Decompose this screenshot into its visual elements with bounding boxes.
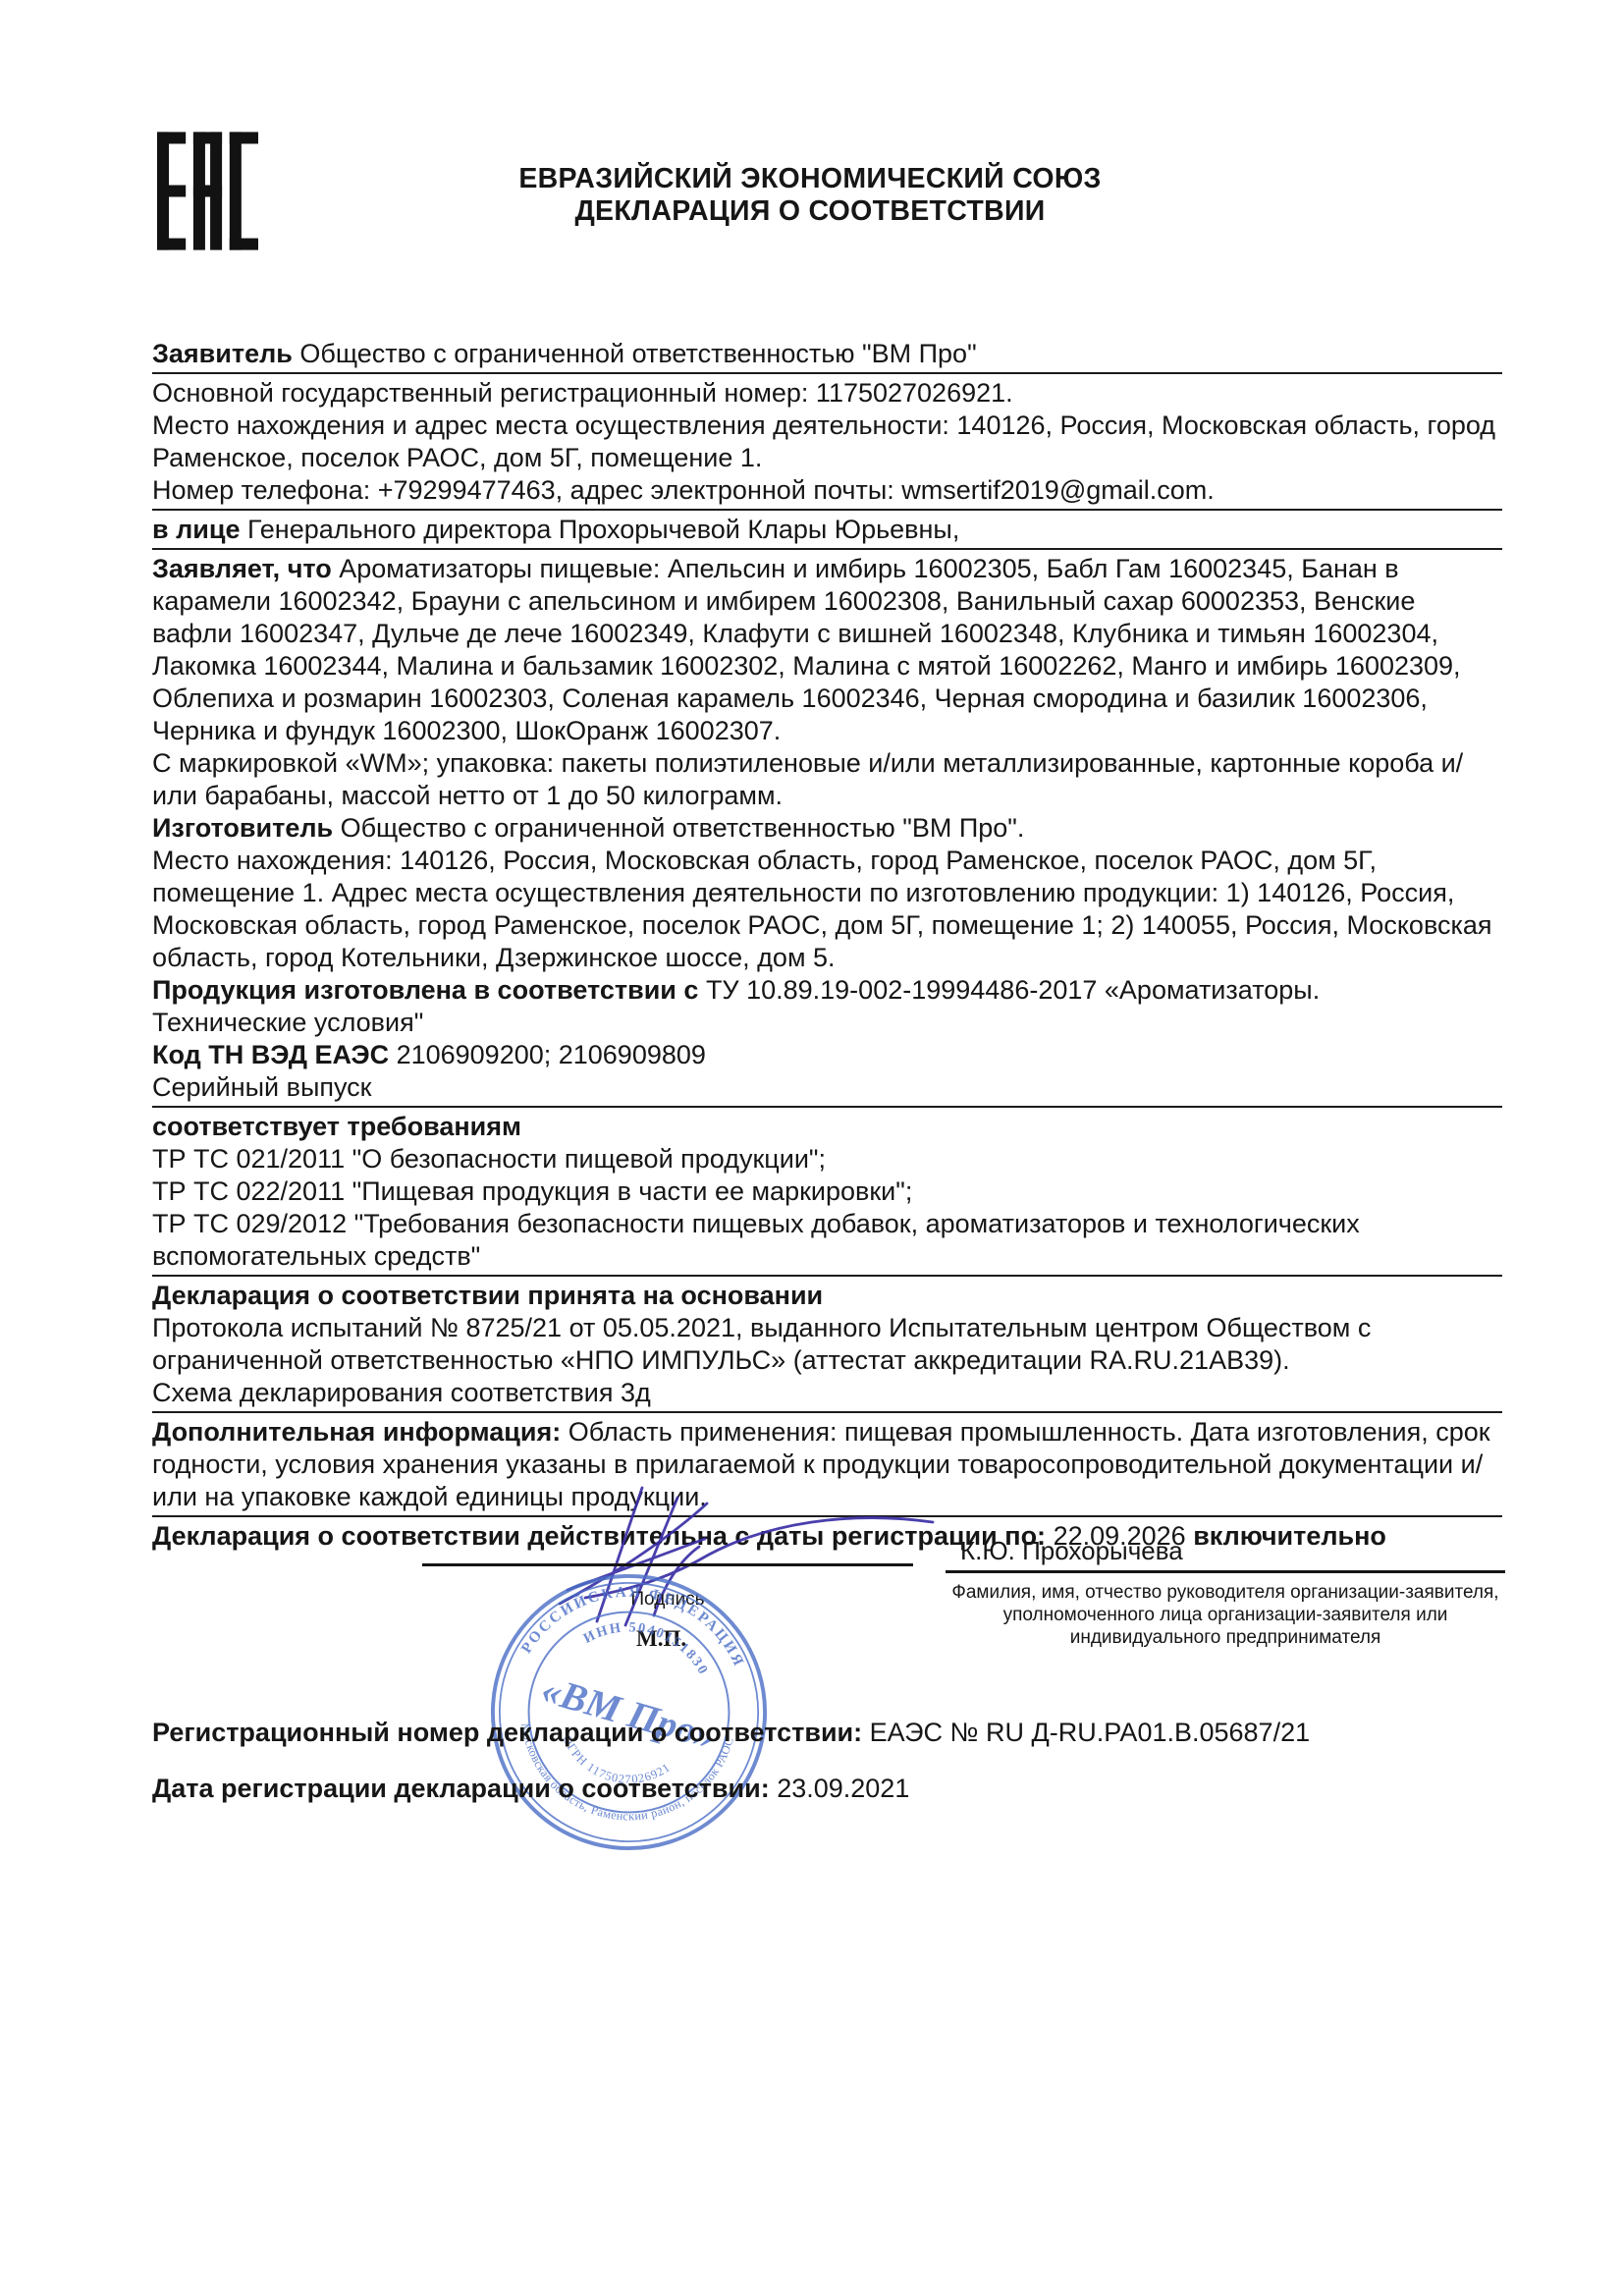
doc-paragraph: Декларация о соответствии принята на осн… — [152, 1280, 1502, 1312]
doc-paragraph: Серийный выпуск — [152, 1071, 1502, 1108]
doc-paragraph: Заявитель Общество с ограниченной ответс… — [152, 338, 1502, 374]
doc-paragraph: ТР ТС 029/2012 "Требования безопасности … — [152, 1208, 1502, 1277]
document-title: ЕВРАЗИЙСКИЙ ЭКОНОМИЧЕСКИЙ СОЮЗ ДЕКЛАРАЦИ… — [324, 163, 1296, 228]
doc-paragraph: в лице Генерального директора Прохорычев… — [152, 514, 1502, 550]
doc-paragraph: ТР ТС 021/2011 "О безопасности пищевой п… — [152, 1143, 1502, 1175]
doc-paragraph: соответствует требованиям — [152, 1111, 1502, 1143]
company-stamp: РОССИЙСКАЯ ФЕДЕРАЦИЯ Московская область,… — [478, 1561, 779, 1862]
title-line-union: ЕВРАЗИЙСКИЙ ЭКОНОМИЧЕСКИЙ СОЮЗ — [324, 163, 1296, 195]
eac-mark-icon — [157, 132, 258, 250]
doc-paragraph: Заявляет, что Ароматизаторы пищевые: Апе… — [152, 553, 1502, 747]
registration-number-line: Регистрационный номер декларации о соотв… — [152, 1718, 1310, 1748]
doc-paragraph: Место нахождения и адрес места осуществл… — [152, 410, 1502, 474]
document-body: Заявитель Общество с ограниченной ответс… — [152, 338, 1502, 1553]
doc-paragraph: С маркировкой «WM»; упаковка: пакеты пол… — [152, 747, 1502, 812]
doc-paragraph: Номер телефона: +79299477463, адрес элек… — [152, 474, 1502, 511]
doc-paragraph: Изготовитель Общество с ограниченной отв… — [152, 812, 1502, 845]
title-line-declaration: ДЕКЛАРАЦИЯ О СООТВЕТСТВИИ — [324, 195, 1296, 228]
doc-paragraph: Основной государственный регистрационный… — [152, 377, 1502, 410]
signature-line — [422, 1563, 913, 1566]
signer-name-caption: Фамилия, имя, отчество руководителя орга… — [946, 1581, 1505, 1649]
signer-name-line — [946, 1570, 1505, 1573]
declaration-document: ЕВРАЗИЙСКИЙ ЭКОНОМИЧЕСКИЙ СОЮЗ ДЕКЛАРАЦИ… — [0, 0, 1623, 2296]
registration-date-line: Дата регистрации декларации о соответств… — [152, 1774, 909, 1804]
doc-paragraph: Код ТН ВЭД ЕАЭС 2106909200; 2106909809 — [152, 1039, 1502, 1071]
doc-paragraph: Схема декларирования соответствия 3д — [152, 1377, 1502, 1413]
doc-paragraph: Протокола испытаний № 8725/21 от 05.05.2… — [152, 1312, 1502, 1377]
signer-name: К.Ю. Прохорычева — [960, 1536, 1183, 1566]
doc-paragraph: Место нахождения: 140126, Россия, Москов… — [152, 845, 1502, 974]
doc-paragraph: ТР ТС 022/2011 "Пищевая продукция в част… — [152, 1175, 1502, 1208]
doc-paragraph: Продукция изготовлена в соответствии с Т… — [152, 974, 1502, 1007]
doc-paragraph: Технические условия" — [152, 1007, 1502, 1039]
